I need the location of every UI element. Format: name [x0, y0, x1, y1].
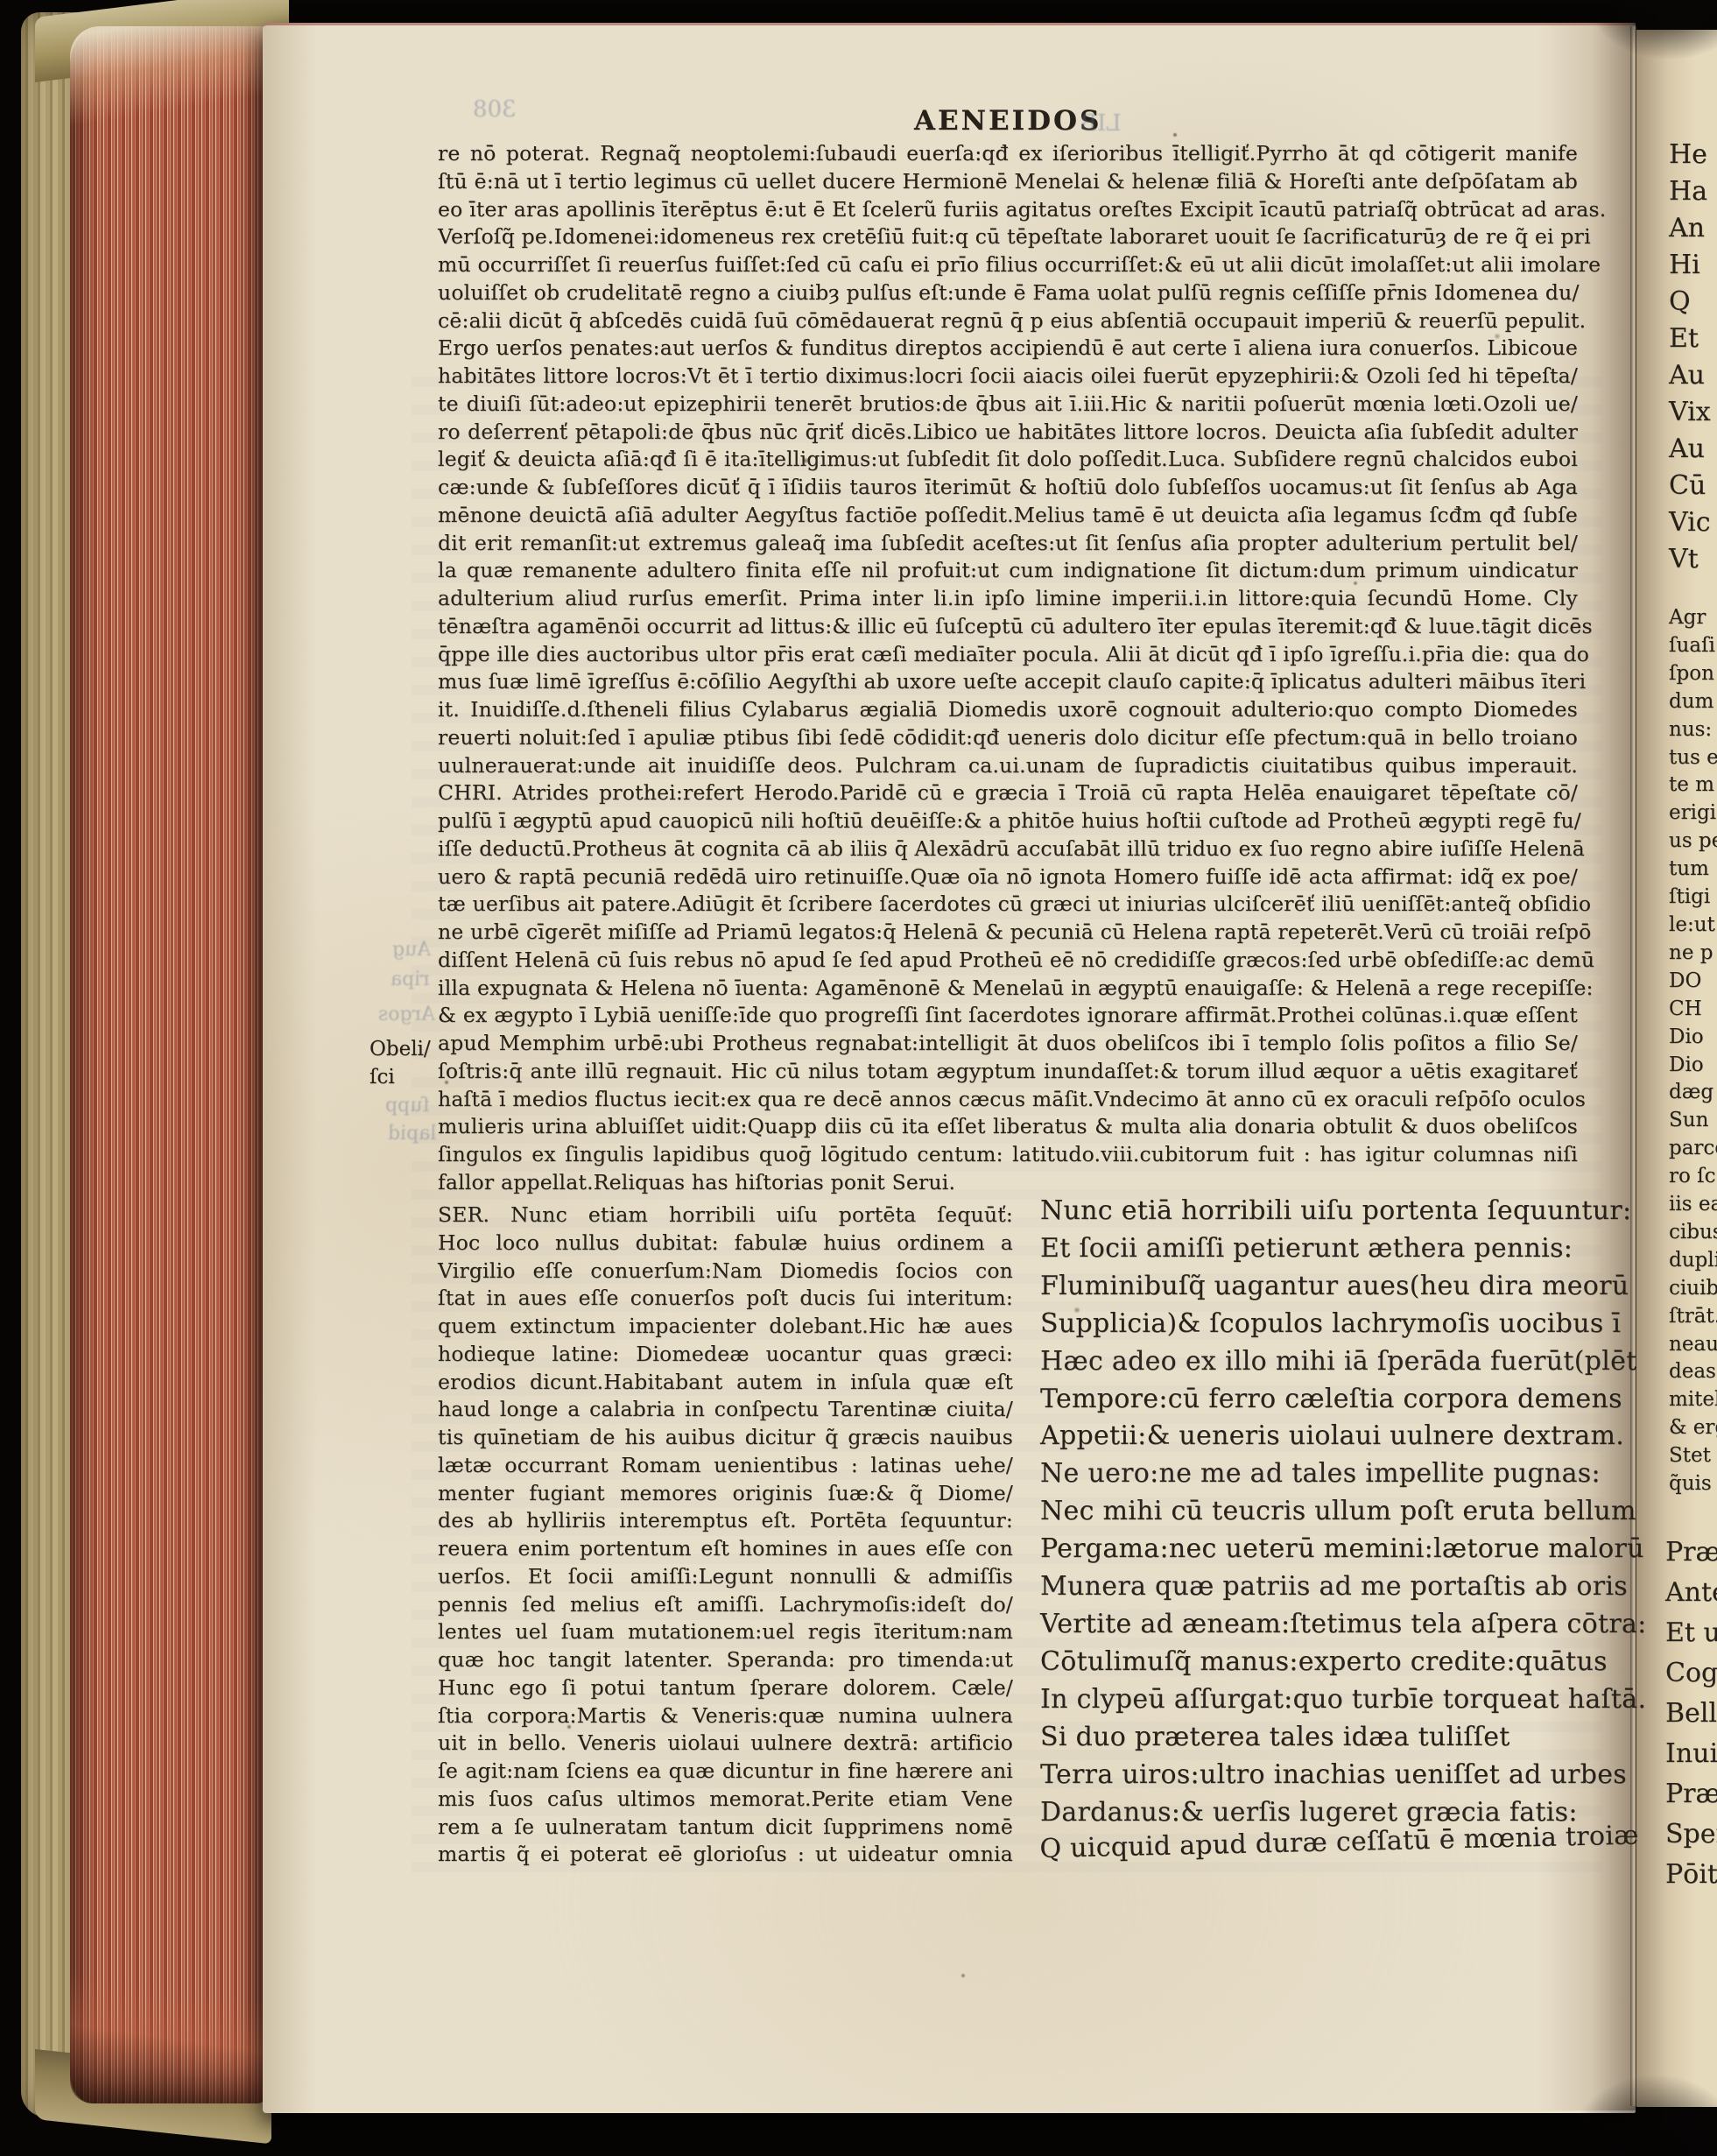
- margin-note-obelisci: Obeli/ ſci: [369, 1035, 448, 1091]
- text-line: menter fugiant memores originis ſuæ:& q̃…: [438, 1480, 1013, 1508]
- text-line: deas a: [1669, 1358, 1717, 1386]
- open-book-photo: AENEIDOS 308 LIB Aug ripa Argos ſupp lap…: [0, 0, 1717, 2156]
- text-line: Sper: [1665, 1814, 1717, 1855]
- text-line: Præf: [1665, 1532, 1717, 1573]
- text-line: mū occurriſſet ſi reuerſus fuiſſet:ſed c…: [438, 251, 1578, 279]
- text-line: mis ſuos caſus ultimos memorat.Perite et…: [438, 1786, 1013, 1814]
- text-line: cē:alii dicūt q̄ abſcedēs cuidā ſuū cōmē…: [438, 307, 1578, 335]
- text-line: Fluminibuſq̃ uagantur aues(heu dira meor…: [1040, 1268, 1601, 1306]
- text-line: ro ſc: [1669, 1163, 1717, 1191]
- gutter-top-shadow: [1576, 0, 1717, 83]
- text-line: tis quīnetiam de his auibus dicitur q̃ g…: [438, 1424, 1013, 1452]
- text-line: Virgilio eſſe conuerſum:Nam Diomedis ſoc…: [438, 1258, 1013, 1286]
- text-line: eo īter aras apollinis īterēptus ē:ut ē …: [438, 196, 1578, 224]
- text-line: nus:: [1669, 716, 1717, 744]
- text-line: Tempore:cū ferro cæleſtia corpora demens: [1040, 1381, 1601, 1419]
- text-line: Appetii:& ueneris uiolaui uulnere dextra…: [1040, 1418, 1601, 1455]
- text-line: Præl: [1665, 1774, 1717, 1814]
- text-line: ne p: [1669, 940, 1717, 968]
- text-line: re nō poterat. Regnaq̃ neoptolemi:ſubaud…: [438, 140, 1578, 168]
- red-stained-fore-edge: [70, 26, 266, 2103]
- show-through-margin-note: lapid: [388, 1123, 436, 1145]
- text-line: cibus: [1669, 1219, 1717, 1247]
- text-line: Et ue: [1665, 1613, 1717, 1653]
- text-line: Si duo præterea tales idæa tuliſſet: [1040, 1719, 1601, 1757]
- text-line: tæ uerſibus ait patere.Adiūgit ēt ſcribe…: [438, 891, 1578, 919]
- text-line: DO: [1669, 968, 1717, 996]
- text-line: mēnone deuictā aſiā adulter Aegyſtus fac…: [438, 502, 1578, 530]
- text-line: te m: [1669, 772, 1717, 800]
- text-line: lentes uel ſuam mutationem:uel regis īte…: [438, 1618, 1013, 1646]
- text-line: pennis ſed melius eſt amiſſi. Lachrymoſi…: [438, 1591, 1013, 1619]
- text-line: Vt: [1669, 541, 1711, 578]
- text-line: reuerti noluit:ſed ī apuliæ ptibus ſibi …: [438, 724, 1578, 752]
- margin-note-line: Obeli/: [369, 1035, 448, 1063]
- text-line: Cōtulimuſq̃ manus:experto credite:quātus: [1040, 1644, 1601, 1681]
- text-line: habitātes littore locros:Vt ēt ī tertio …: [438, 363, 1578, 391]
- verse-text-column: Nunc etiā horribili uiſu portenta ſequun…: [1040, 1193, 1601, 1869]
- show-through-page-number: 308: [473, 96, 517, 123]
- text-line: Nec mihi cū teucris ullum poſt eruta bel…: [1040, 1493, 1601, 1531]
- text-line: legiť & deuicta aſiā:qđ ſi ē ita:ītellig…: [438, 446, 1578, 474]
- text-line: Vic: [1669, 504, 1711, 541]
- text-line: tēnæſtra agamēnōi occurrit ad littus:& i…: [438, 613, 1578, 641]
- text-line: Stet: [1669, 1442, 1717, 1470]
- text-line: rem a ſe uulneratam tantum dicit ſupprim…: [438, 1814, 1013, 1842]
- text-line: cæ:unde & ſubſeſſores dicūť q̄ ī īſidiis…: [438, 474, 1578, 502]
- text-line: ſtat in aues eſſe conuerſos poſt ducis ſ…: [438, 1285, 1013, 1313]
- text-line: & erg: [1669, 1414, 1717, 1442]
- text-line: la quæ remanente adultero finita eſſe ni…: [438, 557, 1578, 585]
- text-line: quæ hoc tangit latenter. Speranda: pro t…: [438, 1646, 1013, 1674]
- text-line: iſſe deductū.Protheus āt cognita cā ab i…: [438, 835, 1578, 863]
- text-line: Munera quæ patriis ad me portaſtis ab or…: [1040, 1568, 1601, 1606]
- text-line: Hi: [1669, 247, 1711, 284]
- facing-page-verse-fragments-lower: PræfAnteEt ueCogaBelluInuidPrælSperPōite: [1665, 1532, 1717, 1895]
- text-line: erodios dicunt.Habitabant autem in inſul…: [438, 1369, 1013, 1397]
- text-line: le:ut: [1669, 912, 1717, 940]
- text-line: mulieris urina abluiſſet uidit:Quapp dii…: [438, 1113, 1578, 1141]
- text-line: In clypeū aſſurgat:quo turbīe torqueat h…: [1040, 1681, 1601, 1719]
- servius-commentary-column: SER. Nunc etiam horribili uiſu portēta ſ…: [438, 1201, 1013, 1869]
- text-line: haud longe a calabria in conſpectu Taren…: [438, 1396, 1013, 1424]
- text-line: Dio: [1669, 1024, 1717, 1052]
- text-line: des ab hylliriis interemptus eſt. Portēt…: [438, 1507, 1013, 1535]
- text-line: dum: [1669, 688, 1717, 716]
- text-line: iis ea: [1669, 1191, 1717, 1219]
- text-line: q̄ppe ille dies auctoribus ultor pr̄is e…: [438, 641, 1578, 669]
- text-line: dupli: [1669, 1247, 1717, 1275]
- gutter-fold-line: [1630, 26, 1636, 2106]
- show-through-margin-note: Aug: [392, 939, 431, 961]
- text-line: diſſent Helenā cū ſuis rebus nō apud ſe …: [438, 947, 1578, 975]
- text-line: uit in bello. Veneris uiolaui uulnere de…: [438, 1730, 1013, 1758]
- text-line: Cū: [1669, 468, 1711, 504]
- text-line: Au: [1669, 431, 1711, 468]
- text-line: ne urbē cīgerēt miſiſſe ad Priamū legato…: [438, 919, 1578, 947]
- facing-page-verse-fragments: HeHaAnHiQEtAuVixAuCūVicVt: [1669, 137, 1711, 578]
- text-line: Hoc loco nullus dubitat: fabulæ huius or…: [438, 1229, 1013, 1258]
- text-line: CHRI. Atrides prothei:refert Herodo.Pari…: [438, 779, 1578, 807]
- text-line: Pergama:nec ueterū memini:lætorue malorū: [1040, 1531, 1601, 1568]
- text-line: Nunc etiā horribili uiſu portenta ſequun…: [1040, 1193, 1601, 1230]
- text-line: Sun: [1669, 1107, 1717, 1135]
- text-line: Q: [1669, 284, 1711, 321]
- text-line: Vix: [1669, 394, 1711, 431]
- text-line: Ergo uerſos penates:aut uerſos & funditu…: [438, 335, 1578, 363]
- text-line: uero & raptā pecuniā redēdā uiro retinui…: [438, 863, 1578, 891]
- text-line: Coga: [1665, 1653, 1717, 1694]
- text-line: SER. Nunc etiam horribili uiſu portēta ſ…: [438, 1201, 1013, 1229]
- text-line: Supplicia)& ſcopulos lachrymoſis uocibus…: [1040, 1306, 1601, 1343]
- show-through-margin-note: Argos: [378, 1004, 435, 1025]
- text-line: Terra uiros:ultro inachias ueniſſet ad u…: [1040, 1757, 1601, 1794]
- show-through-header: LIB: [1080, 110, 1122, 137]
- text-line: Verſoſq̃ pe.Idomenei:idomeneus rex cretē…: [438, 223, 1578, 251]
- text-line: uerſos. Et ſocii amiſſi:Legunt nonnulli …: [438, 1563, 1013, 1591]
- text-line: Ante: [1665, 1573, 1717, 1613]
- text-line: Et ſocii amiſſi petierunt æthera pennis:: [1040, 1230, 1601, 1268]
- text-line: Ne uero:ne me ad tales impellite pugnas:: [1040, 1455, 1601, 1493]
- text-line: dæg: [1669, 1079, 1717, 1107]
- text-line: Hunc ego ſi potui tantum ſperare dolorem…: [438, 1674, 1013, 1702]
- text-line: ſtia corpora:Martis & Veneris:quæ numina…: [438, 1702, 1013, 1730]
- text-line: pulſū ī ægyptū apud cauopicū nili hoſtiū…: [438, 807, 1578, 835]
- text-line: Au: [1669, 357, 1711, 394]
- text-line: illa expugnata & Helena nō īuenta: Agamē…: [438, 975, 1578, 1003]
- text-line: ſpon: [1669, 660, 1717, 688]
- gutter-bottom-shadow: [1564, 2046, 1717, 2156]
- text-line: Dio: [1669, 1052, 1717, 1080]
- text-line: mitel: [1669, 1386, 1717, 1414]
- text-line: martis q̃ ei poterat eē glorioſus : ut u…: [438, 1841, 1013, 1869]
- text-line: Agr: [1669, 604, 1717, 632]
- text-line: ſuaſi: [1669, 632, 1717, 660]
- text-line: ſtrāt.: [1669, 1303, 1717, 1331]
- text-line: lætæ occurrant Romam uenientibus : latin…: [438, 1452, 1013, 1480]
- text-line: neau: [1669, 1331, 1717, 1359]
- text-line: Pōite: [1665, 1855, 1717, 1895]
- show-through-margin-note: ſupp: [385, 1095, 429, 1117]
- text-line: Hæc adeo ex illo mihi iā ſperāda fuerūt(…: [1040, 1343, 1601, 1381]
- text-line: reuera enim portentum eſt homines in aue…: [438, 1535, 1013, 1563]
- text-line: ro deſerrenť pētapoli:de q̄bus nūc q̄riť…: [438, 419, 1578, 447]
- text-line: Inuid: [1665, 1734, 1717, 1774]
- text-line: ſingulos ex ſingulis lapidibus quoḡ lōgi…: [438, 1141, 1578, 1169]
- facing-page-commentary-fragments: Agrſuaſiſpondumnus:tus ete merigius petu…: [1669, 604, 1717, 1498]
- text-line: Et: [1669, 321, 1711, 357]
- text-line: apud Memphim urbē:ubi Protheus regnabat:…: [438, 1030, 1578, 1058]
- text-line: ſtū ē:nā ut ī tertio legimus cū uellet d…: [438, 168, 1578, 196]
- text-line: parce: [1669, 1135, 1717, 1163]
- commentary-block: re nō poterat. Regnaq̃ neoptolemi:ſubaud…: [438, 140, 1578, 1197]
- text-line: hodieque latine: Diomedeæ uocantur quas …: [438, 1341, 1013, 1369]
- text-line: tum: [1669, 856, 1717, 884]
- text-line: ſe agit:nam ſciens ea quæ dicuntur in fi…: [438, 1758, 1013, 1786]
- text-line: ciuib: [1669, 1275, 1717, 1303]
- text-line: He: [1669, 137, 1711, 173]
- text-line: quem extinctum impacienter dolebant.Hic …: [438, 1313, 1013, 1341]
- text-line: uulnerauerat:unde ait inuidiſſe deos. Pu…: [438, 752, 1578, 780]
- text-line: An: [1669, 210, 1711, 247]
- text-line: tus e: [1669, 744, 1717, 772]
- text-line: Ha: [1669, 173, 1711, 210]
- text-line: te diuiſi ſūt:adeo:ut epizephirii tenerē…: [438, 391, 1578, 419]
- text-line: us pe: [1669, 828, 1717, 856]
- text-line: q̃uis b: [1669, 1470, 1717, 1498]
- text-line: Vertite ad æneam:ſtetimus tela aſpera cō…: [1040, 1606, 1601, 1644]
- text-line: it. Inuidiſſe.d.ſtheneli filius Cylabaru…: [438, 696, 1578, 724]
- text-line: ſoſtris:q̄ ante illū regnauit. Hic cū ni…: [438, 1058, 1578, 1086]
- text-line: ſtigi: [1669, 884, 1717, 912]
- text-line: adulterium aliud rurſus emerſit. Prima i…: [438, 585, 1578, 613]
- text-line: erigi: [1669, 800, 1717, 828]
- text-line: haſtā ī medios fluctus iecit:ex qua re d…: [438, 1086, 1578, 1114]
- text-line: mus ſuæ limē īgreſſus ē:cōſilio Aegyſthi…: [438, 668, 1578, 696]
- margin-note-line: ſci: [369, 1063, 448, 1091]
- text-line: CH: [1669, 996, 1717, 1024]
- text-line: Bellu: [1665, 1694, 1717, 1734]
- show-through-margin-note: ripa: [391, 969, 430, 990]
- text-line: uoluiſſet ob crudelitatē regno a ciuibȝ …: [438, 279, 1578, 307]
- text-line: dit erit remanſit:ut extremus galeaq̃ im…: [438, 530, 1578, 558]
- text-line: & ex ægypto ī Lybiā ueniſſe:īde quo prog…: [438, 1002, 1578, 1030]
